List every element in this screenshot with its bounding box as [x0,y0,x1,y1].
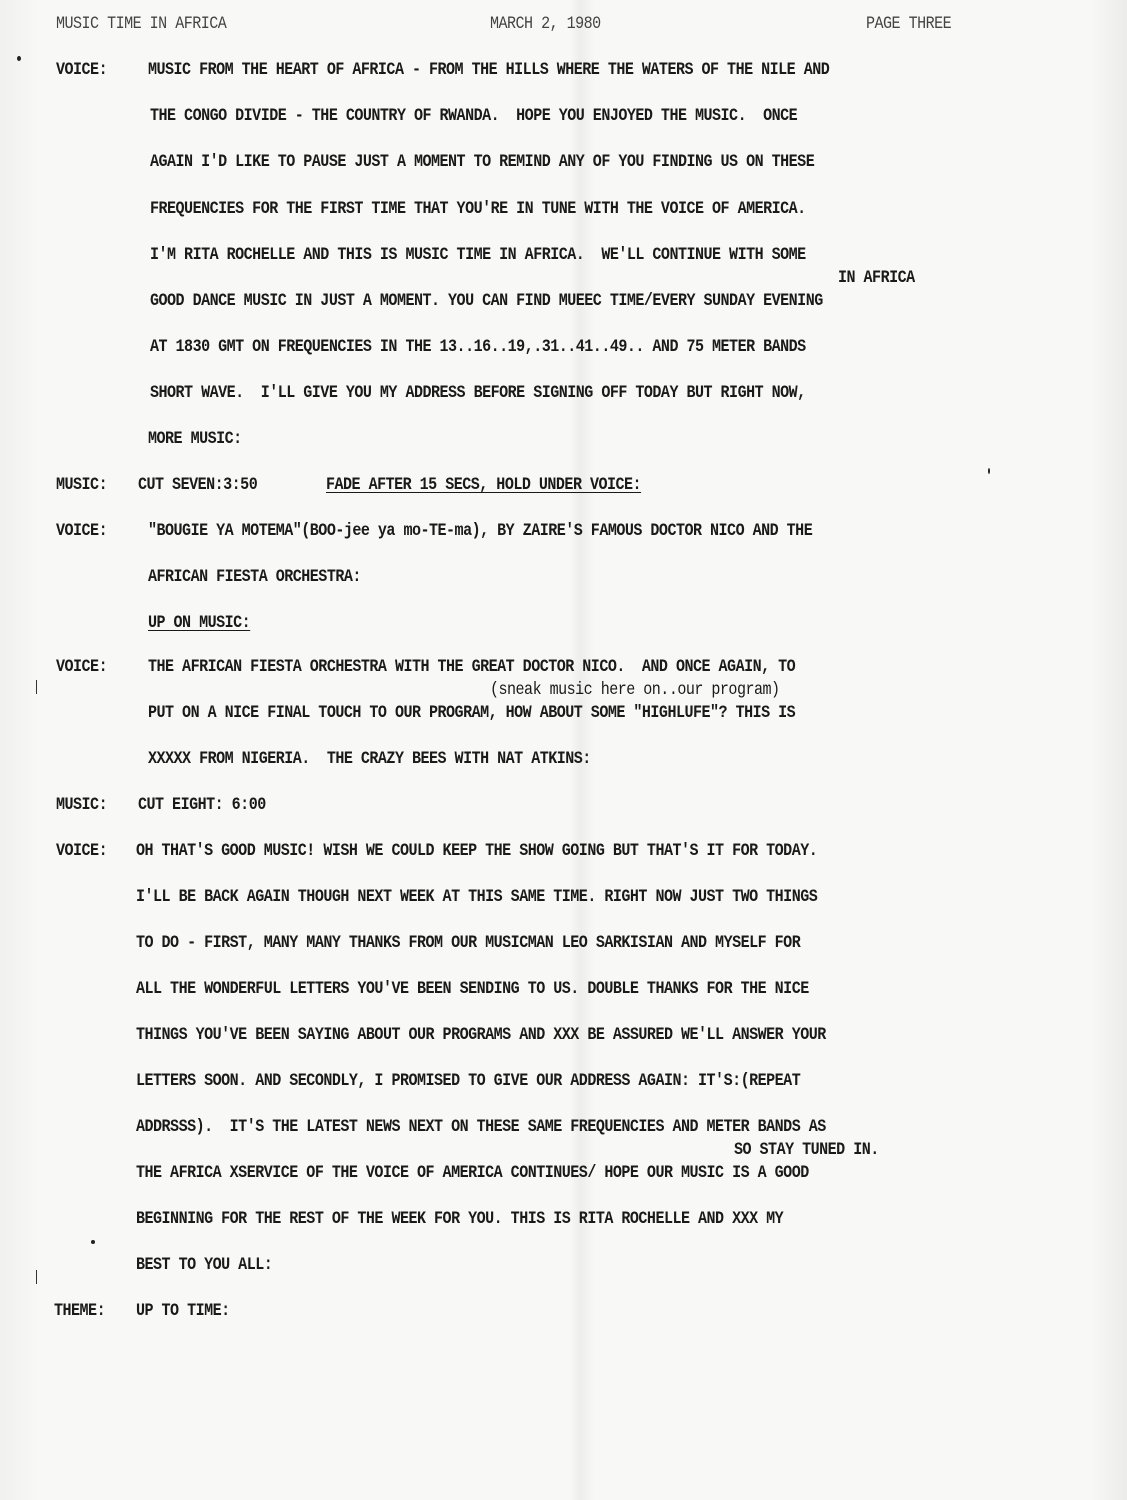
script-line: THINGS YOU'VE BEEN SAYING ABOUT OUR PROG… [136,1025,826,1045]
script-line: "BOUGIE YA MOTEMA"(BOO-jee ya mo-TE-ma),… [148,521,812,541]
script-line: PUT ON A NICE FINAL TOUCH TO OUR PROGRAM… [148,703,795,723]
music-cue-up: UP ON MUSIC: [148,613,250,633]
script-line: I'LL BE BACK AGAIN THOUGH NEXT WEEK AT T… [136,887,817,907]
ink-speck [17,56,21,61]
script-line: AFRICAN FIESTA ORCHESTRA: [148,567,361,587]
typed-insert: SO STAY TUNED IN. [734,1140,879,1160]
script-line: I'M RITA ROCHELLE AND THIS IS MUSIC TIME… [150,245,806,265]
script-line: THE CONGO DIVIDE - THE COUNTRY OF RWANDA… [150,106,797,126]
document-page: MUSIC TIME IN AFRICA MARCH 2, 1980 PAGE … [0,0,1127,1500]
margin-mark [36,680,37,694]
script-date: MARCH 2, 1980 [490,14,601,34]
speaker-label-voice: VOICE: [56,657,107,677]
script-line: THE AFRICA XSERVICE OF THE VOICE OF AMER… [136,1163,809,1183]
speaker-label-music: MUSIC: [56,795,107,815]
ink-speck [988,468,990,474]
ink-speck [91,1240,95,1244]
speaker-label-theme: THEME: [54,1301,105,1321]
margin-mark [36,1270,37,1284]
theme-cue: UP TO TIME: [136,1301,230,1321]
handwritten-insert: IN AFRICA [838,268,915,288]
script-line: THE AFRICAN FIESTA ORCHESTRA WITH THE GR… [148,657,795,677]
music-cue: CUT EIGHT: 6:00 [138,795,266,815]
script-line: AGAIN I'D LIKE TO PAUSE JUST A MOMENT TO… [150,152,814,172]
script-line: FREQUENCIES FOR THE FIRST TIME THAT YOU'… [150,199,806,219]
script-line: LETTERS SOON. AND SECONDLY, I PROMISED T… [136,1071,800,1091]
script-line: TO DO - FIRST, MANY MANY THANKS FROM OUR… [136,933,800,953]
script-line: SHORT WAVE. I'LL GIVE YOU MY ADDRESS BEF… [150,383,806,403]
script-line: GOOD DANCE MUSIC IN JUST A MOMENT. YOU C… [150,291,823,311]
script-line: AT 1830 GMT ON FREQUENCIES IN THE 13..16… [150,337,806,357]
script-line: OH THAT'S GOOD MUSIC! WISH WE COULD KEEP… [136,841,817,861]
music-cue: CUT SEVEN:3:50 [138,475,257,495]
music-direction: FADE AFTER 15 SECS, HOLD UNDER VOICE: [326,475,641,495]
script-line: XXXXX FROM NIGERIA. THE CRAZY BEES WITH … [148,749,591,769]
speaker-label-music: MUSIC: [56,475,107,495]
speaker-label-voice: VOICE: [56,60,107,80]
script-line: BEST TO YOU ALL: [136,1255,272,1275]
speaker-label-voice: VOICE: [56,521,107,541]
script-line: MORE MUSIC: [148,429,242,449]
script-line: ADDRSSS). IT'S THE LATEST NEWS NEXT ON T… [136,1117,826,1137]
speaker-label-voice: VOICE: [56,841,107,861]
script-line: ALL THE WONDERFUL LETTERS YOU'VE BEEN SE… [136,979,809,999]
page-number: PAGE THREE [866,14,951,34]
program-title: MUSIC TIME IN AFRICA [56,14,226,34]
typed-insert: (sneak music here on..our program) [490,680,780,700]
script-line: MUSIC FROM THE HEART OF AFRICA - FROM TH… [148,60,829,80]
script-line: BEGINNING FOR THE REST OF THE WEEK FOR Y… [136,1209,783,1229]
